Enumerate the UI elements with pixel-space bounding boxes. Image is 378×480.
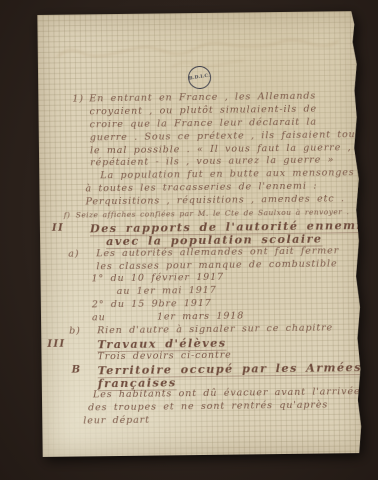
scan-background: { "page": { "background_color": "#2b211b… xyxy=(0,0,378,480)
line-marker: B xyxy=(72,364,82,377)
line-marker: 1) xyxy=(72,93,84,106)
manuscript-page: B.D.I.C. 1)En entrant en France , les Al… xyxy=(37,11,364,457)
stamp-label: B.D.I.C. xyxy=(189,73,211,81)
manuscript-line: leur départ xyxy=(42,412,364,429)
line-text: françaises xyxy=(98,376,177,390)
line-marker: b) xyxy=(69,326,81,339)
line-marker: II xyxy=(52,223,64,236)
line-marker: f) xyxy=(64,210,71,223)
line-text: au 1er mai 1917 xyxy=(117,285,217,299)
quadrille-paper: B.D.I.C. 1)En entrant en France , les Al… xyxy=(37,11,364,457)
line-marker: a) xyxy=(68,248,79,261)
line-text: leur départ xyxy=(83,415,150,429)
manuscript-lines: 1)En entrant en France , les Allemandscr… xyxy=(38,90,364,429)
line-marker: III xyxy=(47,339,65,352)
